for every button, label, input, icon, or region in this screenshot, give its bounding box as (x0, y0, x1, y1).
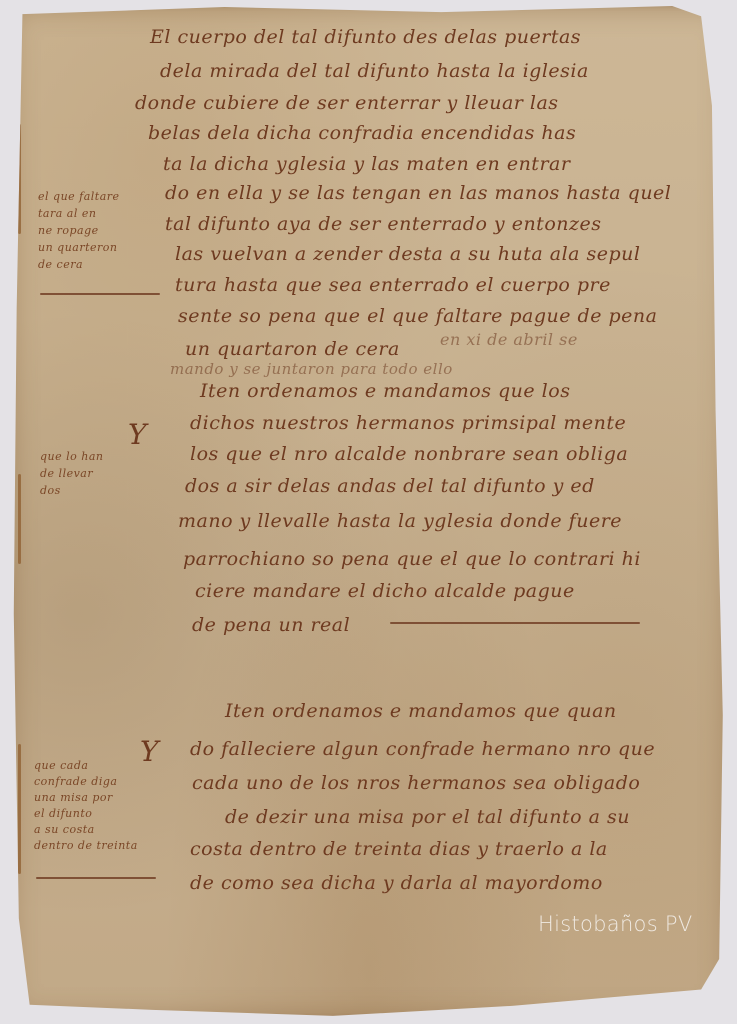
text-line: do falleciere algun confrade hermano nro… (190, 738, 655, 760)
binding-thread (18, 474, 21, 564)
interlinear-note: mando y se juntaron para todo ello (170, 360, 453, 378)
text-line: El cuerpo del tal difunto des delas puer… (150, 26, 581, 48)
paragraph-mark: Y (140, 735, 158, 768)
text-line: dos a sir delas andas del tal difunto y … (185, 475, 595, 497)
text-line: tura hasta que sea enterrado el cuerpo p… (175, 274, 611, 296)
text-line: dichos nuestros hermanos primsipal mente (190, 412, 626, 434)
text-line: parrochiano so pena que el que lo contra… (183, 548, 641, 570)
margin-note: que lo han de llevar dos (40, 448, 104, 499)
margin-note: el que faltare tara al en ne ropage un q… (38, 188, 120, 273)
text-line: cada uno de los nros hermanos sea obliga… (192, 772, 640, 794)
margin-underline (36, 877, 156, 879)
text-line: Iten ordenamos e mandamos que quan (225, 700, 617, 722)
margin-underline (40, 293, 160, 295)
text-line: Iten ordenamos e mandamos que los (200, 380, 570, 402)
binding-thread (18, 744, 21, 874)
text-line: costa dentro de treinta dias y traerlo a… (190, 838, 608, 860)
margin-note: que cada confrade diga una misa por el d… (34, 758, 138, 854)
text-line: un quartaron de cera (185, 338, 400, 360)
binding-thread (18, 124, 21, 234)
watermark: Histobaños PV (538, 912, 693, 936)
paragraph-mark: Y (128, 418, 146, 451)
text-line: belas dela dicha confradia encendidas ha… (148, 122, 576, 144)
text-line: do en ella y se las tengan en las manos … (165, 182, 671, 204)
text-line: sente so pena que el que faltare pague d… (178, 305, 657, 327)
text-line: dela mirada del tal difunto hasta la igl… (160, 60, 589, 82)
text-line: las vuelvan a zender desta a su huta ala… (175, 243, 640, 265)
text-line: de dezir una misa por el tal difunto a s… (225, 806, 630, 828)
text-line: donde cubiere de ser enterrar y lleuar l… (135, 92, 559, 114)
text-line: ciere mandare el dicho alcalde pague (195, 580, 575, 602)
text-line: ta la dicha yglesia y las maten en entra… (163, 153, 570, 175)
text-line: de como sea dicha y darla al mayordomo (190, 872, 603, 894)
text-line: de pena un real (192, 614, 350, 636)
text-line: mano y llevalle hasta la yglesia donde f… (178, 510, 622, 532)
text-line: los que el nro alcalde nonbrare sean obl… (190, 443, 628, 465)
text-line: tal difunto aya de ser enterrado y enton… (165, 213, 602, 235)
line-filler-stroke (390, 622, 640, 624)
interlinear-note: en xi de abril se (440, 330, 578, 349)
